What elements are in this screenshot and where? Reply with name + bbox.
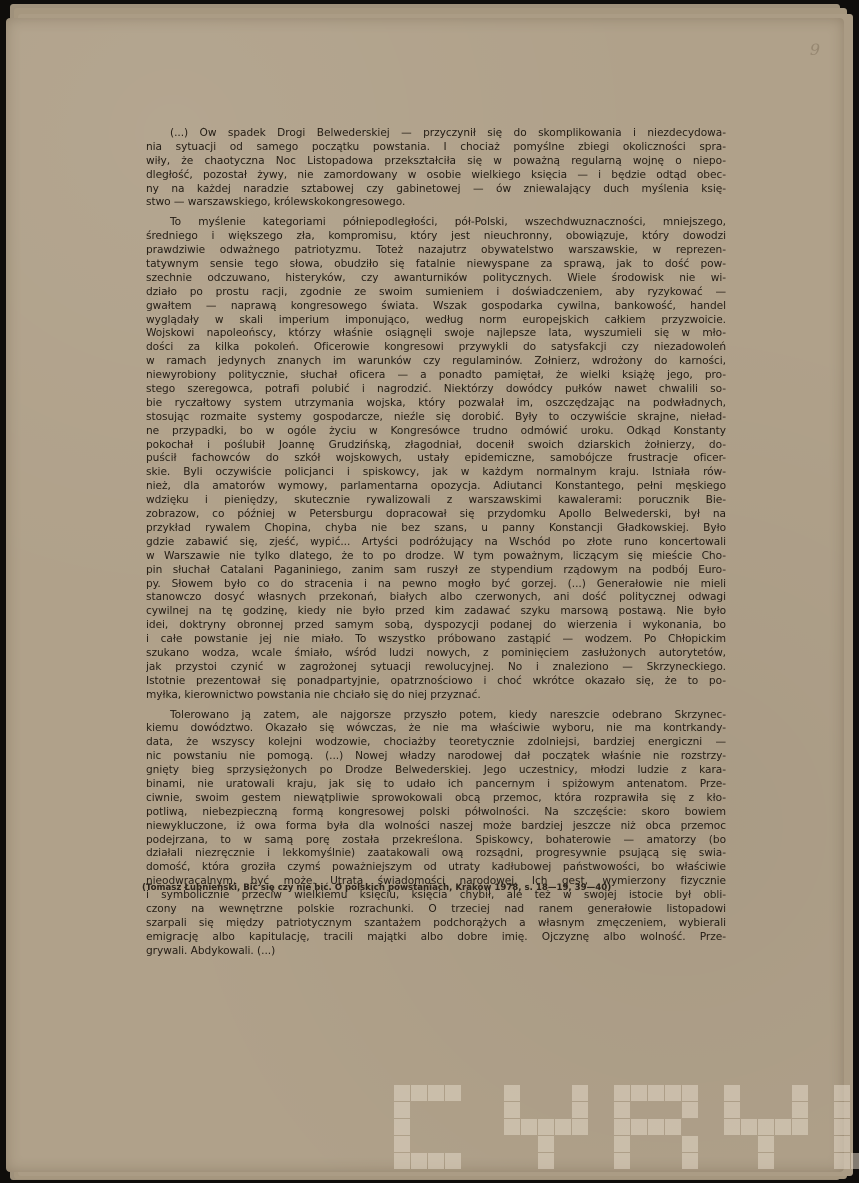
- text-line: data, że wszyscy kolejni wodzowie, choci…: [146, 736, 726, 750]
- text-line: dości za kilka pokoleń. Oficerowie kongr…: [146, 341, 726, 355]
- watermark-letter: [504, 1085, 588, 1169]
- text-line: stwo — warszawskiego, królewskokongresow…: [146, 196, 726, 210]
- watermark-letter: [724, 1085, 808, 1169]
- text-line: prawdziwie odważnego patriotyzmu. Toteż …: [146, 244, 726, 258]
- text-line: stego szeregowca, potrafi polubić i nagr…: [146, 383, 726, 397]
- text-line: wiły, że chaotyczna Noc Listopadowa prze…: [146, 155, 726, 169]
- text-line: niewykluczone, iż owa forma była dla wol…: [146, 820, 726, 834]
- text-line: działali niezręcznie i lekkomyślnie) zaa…: [146, 847, 726, 861]
- article-body: (...) Ów spadek Drogi Belwederskiej — pr…: [146, 127, 726, 959]
- text-line: jak przystoi czynić w zagrożonej sytuacj…: [146, 661, 726, 675]
- text-line: podejrzana, to w samą porę została przek…: [146, 834, 726, 848]
- text-line: nic powstaniu nie pomogą. (...) Nowej wł…: [146, 750, 726, 764]
- text-line: gwałtem — naprawą kongresowego świata. W…: [146, 300, 726, 314]
- text-line: ne przypadki, bo w ogóle życiu w Kongres…: [146, 425, 726, 439]
- text-line: potliwą, niebezpieczną formą kongresowej…: [146, 806, 726, 820]
- text-line: dległość, pozostał żywy, nie zamordowany…: [146, 169, 726, 183]
- text-line: i całe powstanie jej nie miało. To wszys…: [146, 633, 726, 647]
- text-line: szarpali się między patriotycznym szanta…: [146, 917, 726, 931]
- text-line: Wojskowi napoleońscy, którzy właśnie osi…: [146, 327, 726, 341]
- text-line: ny na każdej naradzie sztabowej czy gabi…: [146, 183, 726, 197]
- citation: (Tomasz Łubnieński, Bić się czy nie bić.…: [142, 883, 662, 893]
- text-line: stanowczo dosyć własnych przekonań, biał…: [146, 591, 726, 605]
- text-line: cywilnej na tę godzinę, kiedy nie było p…: [146, 605, 726, 619]
- text-line: gnięty bieg sprzysiężonych po Drodze Bel…: [146, 764, 726, 778]
- paragraph: (...) Ów spadek Drogi Belwederskiej — pr…: [146, 127, 726, 210]
- text-line: nież, dla amatorów wymowy, parlamentarna…: [146, 480, 726, 494]
- text-line: działo po prostu racji, zgodnie ze swoim…: [146, 286, 726, 300]
- text-line: domość, która groziła czymś poważniejszy…: [146, 861, 726, 875]
- text-line: gdzie zabawić się, zjeść, wypić... Artyś…: [146, 536, 726, 550]
- text-line: pin słuchał Catalani Paganiniego, zanim …: [146, 564, 726, 578]
- text-line: binami, nie uratowali kraju, jak się to …: [146, 778, 726, 792]
- text-line: w Warszawie nie tylko dlatego, że to po …: [146, 550, 726, 564]
- text-line: zobrazow, co później w Petersburgu dopra…: [146, 508, 726, 522]
- watermark-letter: [614, 1085, 698, 1169]
- text-line: emigrację albo kapitulację, tracili mają…: [146, 931, 726, 945]
- watermark-letter: [394, 1085, 478, 1169]
- paragraph: Tolerowano ją zatem, ale najgorsze przys…: [146, 709, 726, 959]
- text-line: grywali. Abdykowali. (...): [146, 945, 726, 959]
- text-line: w ramach jedynych znanych im warunków cz…: [146, 355, 726, 369]
- text-line: ciwnie, swoim gestem niewątpliwie sprowo…: [146, 792, 726, 806]
- text-line: pokochał i poślubił Joannę Grudzińską, z…: [146, 439, 726, 453]
- text-line: Tolerowano ją zatem, ale najgorsze przys…: [146, 709, 726, 723]
- text-line: To myślenie kategoriami półniepodległośc…: [146, 216, 726, 230]
- text-line: tatywnym sensie tego słowa, obudziło się…: [146, 258, 726, 272]
- text-line: przykład rywalem Chopina, chyba nie bez …: [146, 522, 726, 536]
- text-line: szechnie odczuwano, histeryków, czy awan…: [146, 272, 726, 286]
- watermark-logo: [394, 1085, 859, 1169]
- text-line: wdzięku i pieniędzy, skutecznie rywalizo…: [146, 494, 726, 508]
- text-line: Istotnie prezentował się ponadpartyjnie,…: [146, 675, 726, 689]
- text-line: idei, doktryny obronnej przed samym sobą…: [146, 619, 726, 633]
- paragraph: To myślenie kategoriami półniepodległośc…: [146, 216, 726, 702]
- text-line: skie. Byli oczywiście policjanci i spisk…: [146, 466, 726, 480]
- text-line: wyglądały w skali imperium imponująco, w…: [146, 314, 726, 328]
- watermark-letter: [834, 1085, 859, 1169]
- text-line: niewyrobiony politycznie, słuchał oficer…: [146, 369, 726, 383]
- text-line: stosując rozmaite systemy gospodarcze, n…: [146, 411, 726, 425]
- page-number: 9: [810, 40, 820, 59]
- text-line: (...) Ów spadek Drogi Belwederskiej — pr…: [146, 127, 726, 141]
- text-line: bie ryczałtowy system utrzymania wojska,…: [146, 397, 726, 411]
- text-line: czony na wewnętrzne polskie rozrachunki.…: [146, 903, 726, 917]
- text-line: nia sytuacji od samego początku powstani…: [146, 141, 726, 155]
- text-line: py. Słowem było co do stracenia i na pew…: [146, 578, 726, 592]
- text-line: szukano wodza, wcale śmiało, wśród ludzi…: [146, 647, 726, 661]
- text-line: średniego i większego zła, kompromisu, k…: [146, 230, 726, 244]
- text-line: puścił fachowców do szkół wojskowych, us…: [146, 452, 726, 466]
- text-line: myłka, kierownictwo powstania nie chciał…: [146, 689, 726, 703]
- text-line: kiemu dowództwo. Okazało się wówczas, że…: [146, 722, 726, 736]
